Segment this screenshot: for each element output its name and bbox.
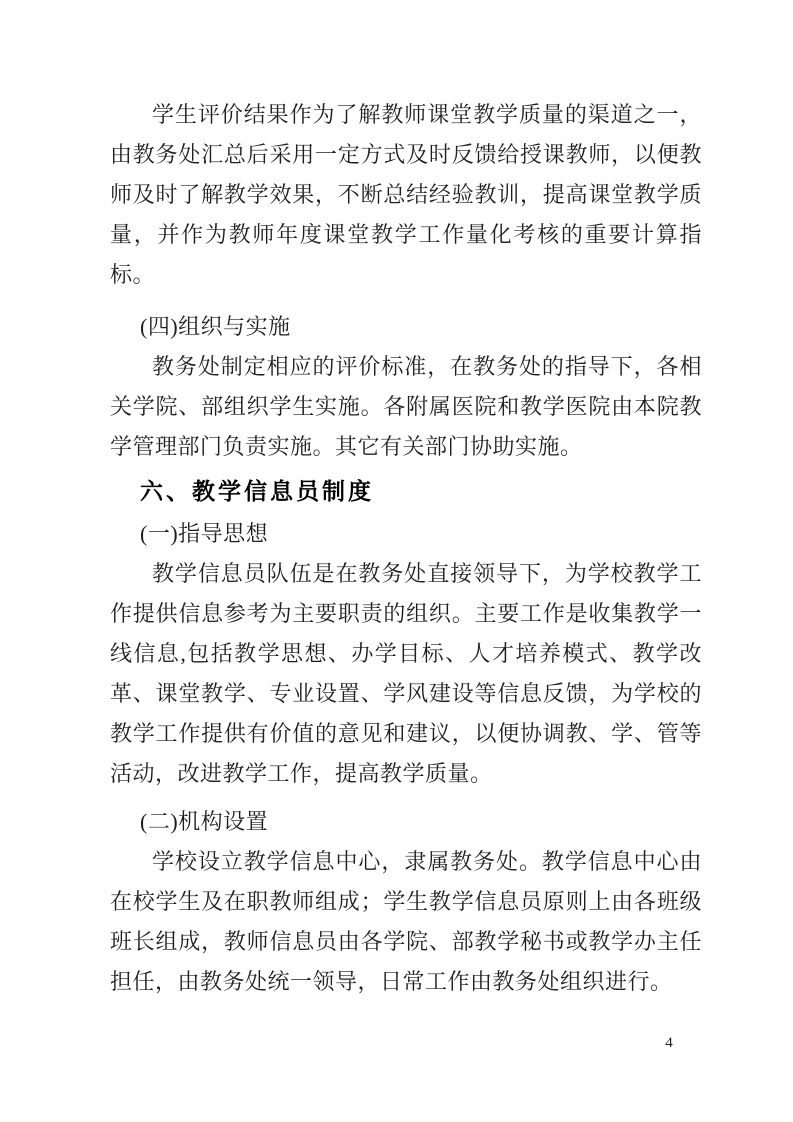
text-line: 革、课堂教学、专业设置、学风建设等信息反馈，为学校的: [110, 674, 702, 714]
text-line: 学校设立教学信息中心，隶属教务处。教学信息中心由: [110, 842, 702, 882]
subsection-heading-4-organization: (四)组织与实施: [110, 307, 702, 347]
subsection-heading-2-organization-setup: (二)机构设置: [110, 802, 702, 842]
text-line: 学生评价结果作为了解教师课堂教学质量的渠道之一，: [110, 95, 702, 135]
text-line: 作提供信息参考为主要职责的组织。主要工作是收集教学一: [110, 594, 702, 634]
text-line: 由教务处汇总后采用一定方式及时反馈给授课教师，以便教: [110, 135, 702, 175]
text-line: 活动，改进教学工作，提高教学质量。: [110, 754, 702, 794]
text-line: 师及时了解教学效果，不断总结经验教训，提高课堂教学质: [110, 175, 702, 215]
text-line: 教务处制定相应的评价标准，在教务处的指导下，各相: [110, 347, 702, 387]
page-number: 4: [656, 1032, 682, 1054]
text-line: 量，并作为教师年度课堂教学工作量化考核的重要计算指: [110, 215, 702, 255]
text-line: 担任，由教务处统一领导，日常工作由教务处组织进行。: [110, 962, 702, 1002]
para-organization-setup: 学校设立教学信息中心，隶属教务处。教学信息中心由在校学生及在职教师组成；学生教学…: [110, 842, 702, 1002]
text-line: 学管理部门负责实施。其它有关部门协助实施。: [110, 427, 702, 467]
text-line: 线信息,包括教学思想、办学目标、人才培养模式、教学改: [110, 634, 702, 674]
document-page: 学生评价结果作为了解教师课堂教学质量的渠道之一，由教务处汇总后采用一定方式及时反…: [0, 0, 793, 1122]
subsection-heading-1-guiding-thought: (一)指导思想: [110, 514, 702, 554]
para-guiding-thought: 教学信息员队伍是在教务处直接领导下，为学校教学工作提供信息参考为主要职责的组织。…: [110, 554, 702, 794]
section-heading-6-information-officer: 六、教学信息员制度: [110, 471, 702, 511]
para-organization-implementation: 教务处制定相应的评价标准，在教务处的指导下，各相关学院、部组织学生实施。各附属医…: [110, 347, 702, 467]
text-line: 教学工作提供有价值的意见和建议，以便协调教、学、管等: [110, 714, 702, 754]
text-line: 教学信息员队伍是在教务处直接领导下，为学校教学工: [110, 554, 702, 594]
text-line: 在校学生及在职教师组成；学生教学信息员原则上由各班级: [110, 882, 702, 922]
document-body: 学生评价结果作为了解教师课堂教学质量的渠道之一，由教务处汇总后采用一定方式及时反…: [110, 95, 702, 1002]
text-line: 班长组成，教师信息员由各学院、部教学秘书或教学办主任: [110, 922, 702, 962]
para-student-evaluation-use: 学生评价结果作为了解教师课堂教学质量的渠道之一，由教务处汇总后采用一定方式及时反…: [110, 95, 702, 295]
text-line: 标。: [110, 255, 702, 295]
text-line: 关学院、部组织学生实施。各附属医院和教学医院由本院教: [110, 387, 702, 427]
